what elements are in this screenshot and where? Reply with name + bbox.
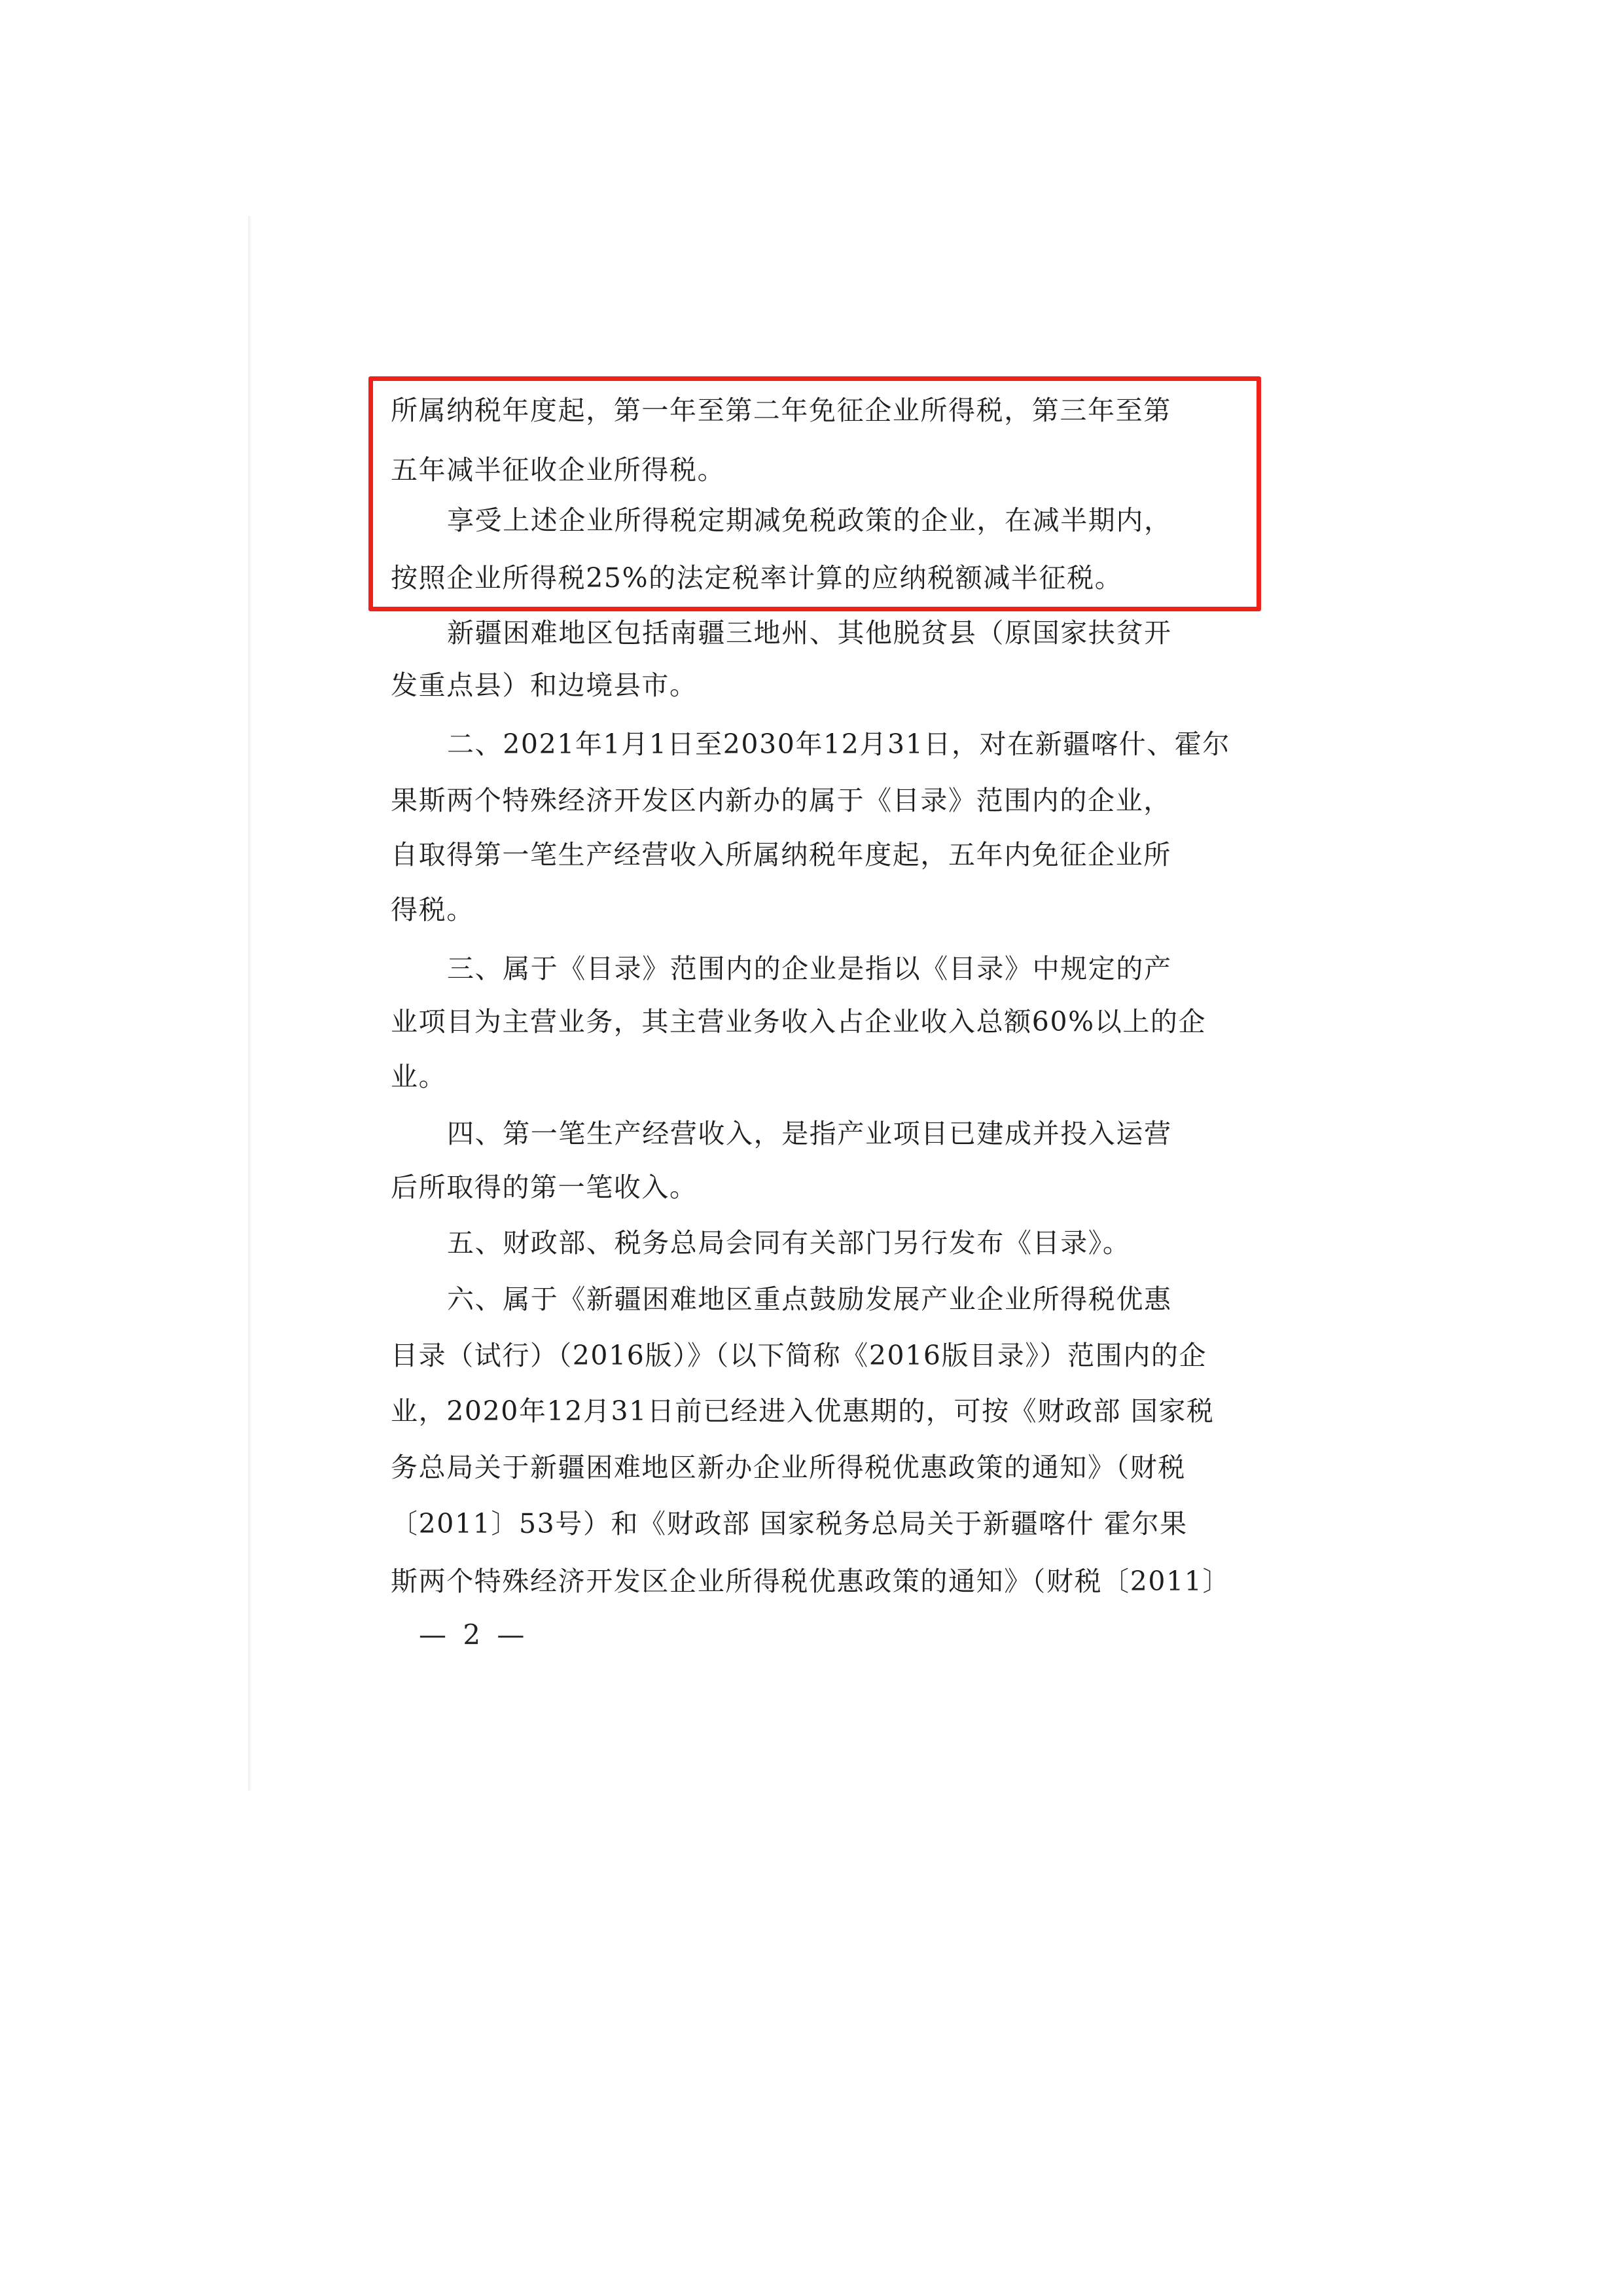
text-line: 三、属于《目录》范围内的企业是指以《目录》中规定的产 — [447, 949, 1298, 988]
highlighted-text-line: 所属纳税年度起，第一年至第二年免征企业所得税，第三年至第 — [391, 391, 1241, 430]
highlighted-text-line: 按照企业所得税25%的法定税率计算的应纳税额减半征税。 — [391, 558, 1241, 598]
text-line: 〔2011〕53号）和《财政部 国家税务总局关于新疆喀什 霍尔果 — [391, 1504, 1241, 1543]
text-line: 果斯两个特殊经济开发区内新办的属于《目录》范围内的企业， — [391, 781, 1241, 820]
text-line: 五、财政部、税务总局会同有关部门另行发布《目录》。 — [447, 1223, 1298, 1263]
text-line: 目录（试行）（2016版）》（以下简称《2016版目录》）范围内的企 — [391, 1336, 1241, 1375]
text-line: 发重点县）和边境县市。 — [391, 666, 1241, 705]
text-line: 得税。 — [391, 890, 1241, 929]
text-line: 业项目为主营业务，其主营业务收入占企业收入总额60%以上的企 — [391, 1002, 1241, 1041]
text-line: 六、属于《新疆困难地区重点鼓励发展产业企业所得税优惠 — [447, 1280, 1298, 1319]
text-line: 自取得第一笔生产经营收入所属纳税年度起，五年内免征企业所 — [391, 835, 1241, 874]
highlighted-text-line: 五年减半征收企业所得税。 — [391, 450, 1241, 490]
text-line: 业，2020年12月31日前已经进入优惠期的，可按《财政部 国家税 — [391, 1391, 1241, 1431]
text-line: 四、第一笔生产经营收入，是指产业项目已建成并投入运营 — [447, 1114, 1298, 1153]
highlighted-text-line: 享受上述企业所得税定期减免税政策的企业，在减半期内， — [447, 501, 1298, 540]
text-line: 务总局关于新疆困难地区新办企业所得税优惠政策的通知》（财税 — [391, 1448, 1241, 1487]
text-line: 二、2021年1月1日至2030年12月31日，对在新疆喀什、霍尔 — [447, 725, 1298, 764]
text-line: 新疆困难地区包括南疆三地州、其他脱贫县（原国家扶贫开 — [447, 613, 1298, 653]
text-line: 斯两个特殊经济开发区企业所得税优惠政策的通知》（财税〔2011〕 — [391, 1562, 1241, 1601]
text-line: 后所取得的第一笔收入。 — [391, 1168, 1241, 1207]
page-number: — 2 — — [419, 1615, 528, 1655]
page-edge-shadow — [248, 216, 252, 1791]
text-line: 业。 — [391, 1057, 1241, 1096]
